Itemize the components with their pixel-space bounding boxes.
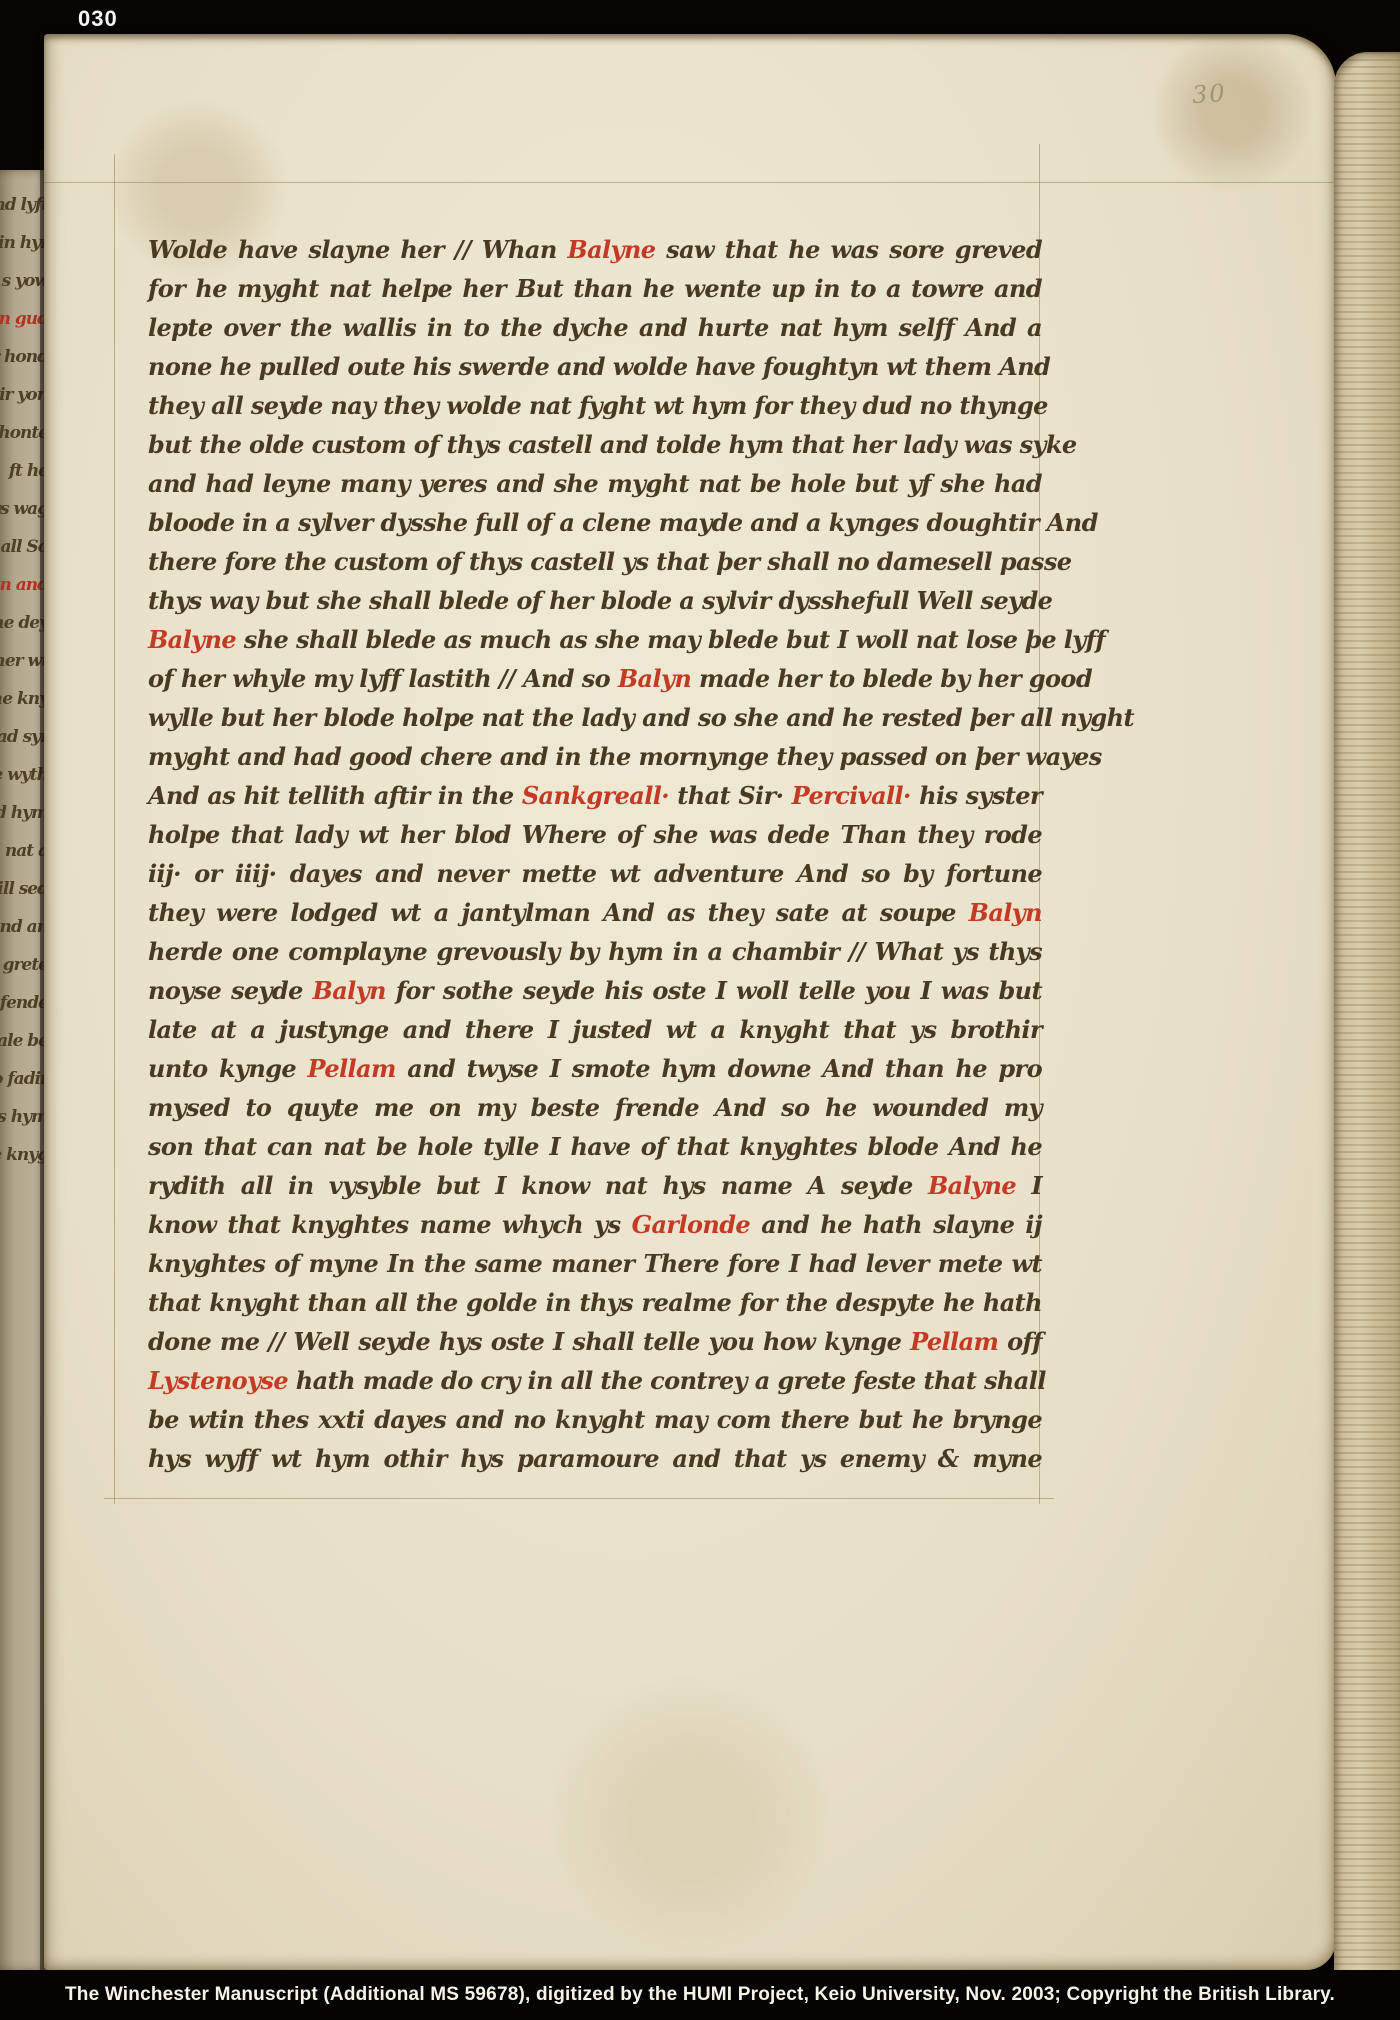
- ink-text: knyghtes of myne In the same maner There…: [148, 1249, 1042, 1278]
- manuscript-line: done me // Well seyde hys oste I shall t…: [148, 1322, 1042, 1361]
- ink-text: And as hit tellith aftir in the: [148, 781, 514, 810]
- ruling-line-bottom: [104, 1498, 1054, 1499]
- ink-text: they were lodged wt a jantylman And as t…: [148, 898, 956, 927]
- ink-text: and an: [0, 917, 48, 937]
- caption-text: The Winchester Manuscript (Additional MS…: [65, 1984, 1335, 2006]
- ink-text: saw that he was sore greved: [666, 235, 1042, 264]
- facing-page-line: dalin hyr: [0, 224, 48, 262]
- manuscript-line: holpe that lady wt her blod Where of she…: [148, 815, 1042, 854]
- ink-text: for he myght nat helpe her But than he w…: [148, 274, 1042, 303]
- facing-page-line: Balyn gud: [0, 300, 48, 338]
- ink-text: smale be: [0, 1031, 48, 1051]
- manuscript-line: know that knyghtes name whych ys Garlond…: [148, 1205, 1042, 1244]
- ink-text: t the knyg: [0, 1145, 48, 1165]
- ink-text: herde one complayne grevously by hym in …: [148, 937, 1042, 966]
- manuscript-line: rydith all in vysyble but I know nat hys…: [148, 1166, 1042, 1205]
- ink-text: hys wyff wt hym othir hys paramoure and …: [148, 1444, 1042, 1473]
- manuscript-line: that knyght than all the golde in thys r…: [148, 1283, 1042, 1322]
- manuscript-line: mysed to quyte me on my beste frende And…: [148, 1088, 1042, 1127]
- ink-text: nat a: [5, 841, 48, 861]
- ink-text: r hall So: [0, 537, 48, 557]
- ruling-line-top: [44, 182, 1336, 183]
- manuscript-page: 30 Wolde have slayne her // Whan Balyne …: [44, 34, 1336, 1970]
- facing-page-text-fragments: nt and lyftdalin hyrs yowBalyn gudr hond…: [0, 186, 48, 1174]
- rubric-word: Sankgreall·: [522, 781, 669, 810]
- rubric-word: Balyne: [567, 235, 655, 264]
- ink-text: myght and had good chere and in the morn…: [148, 742, 1102, 771]
- manuscript-line: myght and had good chere and in the morn…: [148, 737, 1042, 776]
- facing-page-line: my honte: [0, 414, 48, 452]
- ink-text: son that can nat be hole tylle I have of…: [148, 1132, 1042, 1161]
- facing-page-line: and an: [0, 908, 48, 946]
- manuscript-line: hys wyff wt hym othir hys paramoure and …: [148, 1439, 1042, 1478]
- rubric-word: Balyn: [969, 898, 1042, 927]
- rubric-word: Pellam: [308, 1054, 396, 1083]
- frame-corner-label: 030: [78, 6, 118, 32]
- manuscript-line: of her whyle my lyff lastith // And so B…: [148, 659, 1042, 698]
- ruling-line-left: [114, 154, 115, 1504]
- manuscript-line: thys way but she shall blede of her blod…: [148, 581, 1042, 620]
- manuscript-line: wylle but her blode holpe nat the lady a…: [148, 698, 1042, 737]
- facing-page-line: nt and lyft: [0, 186, 48, 224]
- facing-page-line: will sed: [0, 870, 48, 908]
- ink-text: hath made do cry in all the contrey a gr…: [296, 1366, 1046, 1395]
- manuscript-line: be wtin thes xxti dayes and no knyght ma…: [148, 1400, 1042, 1439]
- ink-text: she shall blede as much as she may blede…: [244, 625, 1105, 654]
- rubric-word: Garlonde: [632, 1210, 751, 1239]
- ink-text: ys wag: [0, 499, 48, 519]
- manuscript-line: iij· or iiij· dayes and never mette wt a…: [148, 854, 1042, 893]
- ink-text: unto he dey: [0, 613, 48, 633]
- facing-page-line: o fadir: [0, 1060, 48, 1098]
- ink-text: d hym: [0, 803, 48, 823]
- pencil-folio-number: 30: [1191, 79, 1227, 109]
- ink-text: that knyght than all the golde in thys r…: [148, 1288, 1042, 1317]
- manuscript-line: son that can nat be hole tylle I have of…: [148, 1127, 1042, 1166]
- ink-text: ft he: [9, 461, 48, 481]
- ink-text: off: [1007, 1327, 1042, 1356]
- facing-page-line: nat a: [0, 832, 48, 870]
- ink-text: dalin hyr: [0, 233, 48, 253]
- ink-text: Wolde have slayne her // Whan: [148, 235, 557, 264]
- rubric-word: Balyn: [618, 664, 691, 693]
- manuscript-line: late at a justynge and there I justed wt…: [148, 1010, 1042, 1049]
- manuscript-line: and had leyne many yeres and she myght n…: [148, 464, 1042, 503]
- rubric-word: Percivall·: [792, 781, 911, 810]
- ink-text: r hond: [0, 347, 48, 367]
- ink-text: bloode in a sylver dysshe full of a clen…: [148, 508, 1098, 537]
- ink-text: and he hath slayne ij: [761, 1210, 1042, 1239]
- ink-text: unto kynge: [148, 1054, 296, 1083]
- ink-text: a grete: [0, 955, 48, 975]
- ink-text: e wyth: [0, 765, 48, 785]
- ink-text: lepte over the wallis in to the dyche an…: [148, 313, 1042, 342]
- manuscript-line: bloode in a sylver dysshe full of a clen…: [148, 503, 1042, 542]
- ink-text: his syster: [919, 781, 1042, 810]
- manuscript-line: Balyne she shall blede as much as she ma…: [148, 620, 1042, 659]
- ink-text: I: [1031, 1171, 1042, 1200]
- ink-text: rydith all in vysyble but I know nat hys…: [148, 1171, 913, 1200]
- manuscript-line: but the olde custom of thys castell and …: [148, 425, 1042, 464]
- facing-page-line: e wyth: [0, 756, 48, 794]
- ink-text: of her whyle my lyff lastith // And so: [148, 664, 610, 693]
- ink-text: mysed to quyte me on my beste frende And…: [148, 1093, 1042, 1122]
- ink-text: ad syr: [0, 727, 48, 747]
- facing-page-line: ad syr: [0, 718, 48, 756]
- manuscript-line: there fore the custom of thys castell ys…: [148, 542, 1042, 581]
- manuscript-line: for he myght nat helpe her But than he w…: [148, 269, 1042, 308]
- manuscript-line: And as hit tellith aftir in the Sankgrea…: [148, 776, 1042, 815]
- rubric-word: than and: [0, 575, 48, 595]
- ink-text: will sed: [0, 879, 48, 899]
- manuscript-line: herde one complayne grevously by hym in …: [148, 932, 1042, 971]
- ink-text: but the olde custom of thys castell and …: [148, 430, 1077, 459]
- ink-text: thys way but she shall blede of her blod…: [148, 586, 1052, 615]
- ink-text: done me // Well seyde hys oste I shall t…: [148, 1327, 901, 1356]
- ink-text: my honte: [0, 423, 48, 443]
- manuscript-line: none he pulled oute his swerde and wolde…: [148, 347, 1042, 386]
- rubric-word: Pellam: [910, 1327, 998, 1356]
- book-fore-edge: [1334, 52, 1400, 2020]
- facing-page-line: o her wt: [0, 642, 48, 680]
- ink-text: and had leyne many yeres and she myght n…: [148, 469, 1042, 498]
- ink-text: andir yon: [0, 385, 48, 405]
- ink-text: wylle but her blode holpe nat the lady a…: [148, 703, 1134, 732]
- ink-text: late at a justynge and there I justed wt…: [148, 1015, 1042, 1044]
- facing-page-line: fi he kny: [0, 680, 48, 718]
- manuscript-line: Wolde have slayne her // Whan Balyne saw…: [148, 230, 1042, 269]
- ink-text: there fore the custom of thys castell ys…: [148, 547, 1071, 576]
- ink-text: es hym: [0, 1107, 48, 1127]
- facing-page-line: unto he dey: [0, 604, 48, 642]
- ink-text: nt and lyft: [0, 195, 48, 215]
- facing-page-line: d hym: [0, 794, 48, 832]
- ink-text: they all seyde nay they wolde nat fyght …: [148, 391, 1048, 420]
- manuscript-line: noyse seyde Balyn for sothe seyde his os…: [148, 971, 1042, 1010]
- facing-page-line: andir yon: [0, 376, 48, 414]
- ink-text: fi he kny: [0, 689, 48, 709]
- manuscript-line: knyghtes of myne In the same maner There…: [148, 1244, 1042, 1283]
- ink-text: noyse seyde: [148, 976, 303, 1005]
- text-block: Wolde have slayne her // Whan Balyne saw…: [148, 230, 1042, 1478]
- facing-page-line: smale be: [0, 1022, 48, 1060]
- facing-page-line: r hond: [0, 338, 48, 376]
- ink-text: none he pulled oute his swerde and wolde…: [148, 352, 1050, 381]
- rubric-word: Balyne: [928, 1171, 1016, 1200]
- manuscript-line: lepte over the wallis in to the dyche an…: [148, 308, 1042, 347]
- ink-text: made her to blede by her good: [699, 664, 1092, 693]
- ink-text: s yow: [2, 271, 48, 291]
- rubric-word: Balyn gud: [0, 309, 48, 329]
- facing-page-line: ft he: [0, 452, 48, 490]
- facing-page-line: s yow: [0, 262, 48, 300]
- manuscript-line: Lystenoyse hath made do cry in all the c…: [148, 1361, 1042, 1400]
- ink-text: know that knyghtes name whych ys: [148, 1210, 620, 1239]
- ink-text: that Sir·: [677, 781, 783, 810]
- facing-page-line: s fende: [0, 984, 48, 1022]
- ink-text: for sothe seyde his oste I woll telle yo…: [396, 976, 1042, 1005]
- facing-page-line: r hall So: [0, 528, 48, 566]
- rubric-word: Balyne: [148, 625, 236, 654]
- ink-text: o fadir: [0, 1069, 48, 1089]
- ink-text: iij· or iiij· dayes and never mette wt a…: [148, 859, 1042, 888]
- manuscript-line: unto kynge Pellam and twyse I smote hym …: [148, 1049, 1042, 1088]
- facing-page-line: than and: [0, 566, 48, 604]
- caption-bar: The Winchester Manuscript (Additional MS…: [0, 1970, 1400, 2020]
- facing-page-line: es hym: [0, 1098, 48, 1136]
- rubric-word: Lystenoyse: [148, 1366, 288, 1395]
- rubric-word: Balyn: [313, 976, 386, 1005]
- facing-page-sliver: nt and lyftdalin hyrs yowBalyn gudr hond…: [0, 170, 50, 1970]
- ink-text: o her wt: [0, 651, 48, 671]
- facing-page-line: t the knyg: [0, 1136, 48, 1174]
- manuscript-line: they were lodged wt a jantylman And as t…: [148, 893, 1042, 932]
- ink-text: holpe that lady wt her blod Where of she…: [148, 820, 1042, 849]
- manuscript-line: they all seyde nay they wolde nat fyght …: [148, 386, 1042, 425]
- facing-page-line: a grete: [0, 946, 48, 984]
- ink-text: and twyse I smote hym downe And than he …: [407, 1054, 1042, 1083]
- ink-text: s fende: [0, 993, 48, 1013]
- ink-text: be wtin thes xxti dayes and no knyght ma…: [148, 1405, 1042, 1434]
- facing-page-line: ys wag: [0, 490, 48, 528]
